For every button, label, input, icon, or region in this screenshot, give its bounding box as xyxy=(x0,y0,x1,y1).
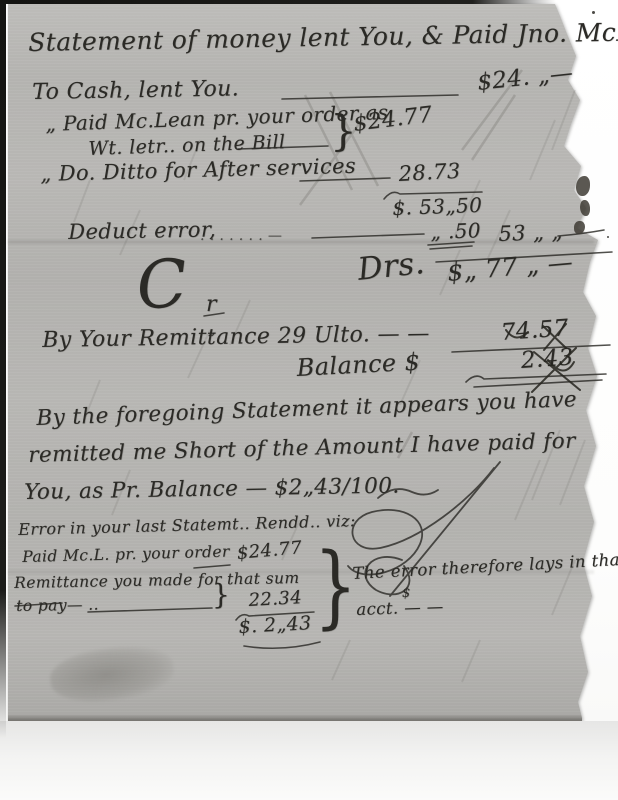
dust-speck xyxy=(592,11,595,14)
deduct-amount: „ .50 xyxy=(430,218,481,244)
subtotal-amount: $. 53„50 xyxy=(392,193,483,220)
deduct-text: Deduct error, xyxy=(68,217,216,244)
scan-edge-left xyxy=(0,0,6,738)
brace-error-note: } xyxy=(314,534,357,639)
entry-cash-text: To Cash, lent You. xyxy=(32,76,239,105)
error-row2-line2: to pay— .. xyxy=(16,596,99,615)
remittance-amount: 74.57 xyxy=(500,315,570,346)
deduct-leader-dots: . . . . . . . — xyxy=(200,228,282,244)
error-total-amount: $. 2„43 xyxy=(238,612,312,638)
entry-ditto-amount: 28.73 xyxy=(398,159,461,186)
paper-bottom-shadow xyxy=(8,714,600,721)
deduct-carried-amount: 53 „ „ xyxy=(498,220,563,246)
scanned-document: Statement of money lent You, & Paid Jno.… xyxy=(0,0,618,800)
scanner-background-strip xyxy=(0,721,618,800)
balance-amount: 2.43 xyxy=(520,344,574,374)
error-row2-amount: 22.34 xyxy=(248,587,303,611)
seal-remnant xyxy=(580,200,590,216)
credit-mark-letter: C xyxy=(134,244,190,324)
error-note-line2: acct. — — xyxy=(356,597,444,619)
debit-mark: Drs. xyxy=(356,245,426,288)
dust-speck xyxy=(607,236,609,238)
credit-mark-sup: r xyxy=(206,292,217,317)
brace-row2: } xyxy=(212,578,230,611)
scan-edge-top xyxy=(0,0,556,4)
